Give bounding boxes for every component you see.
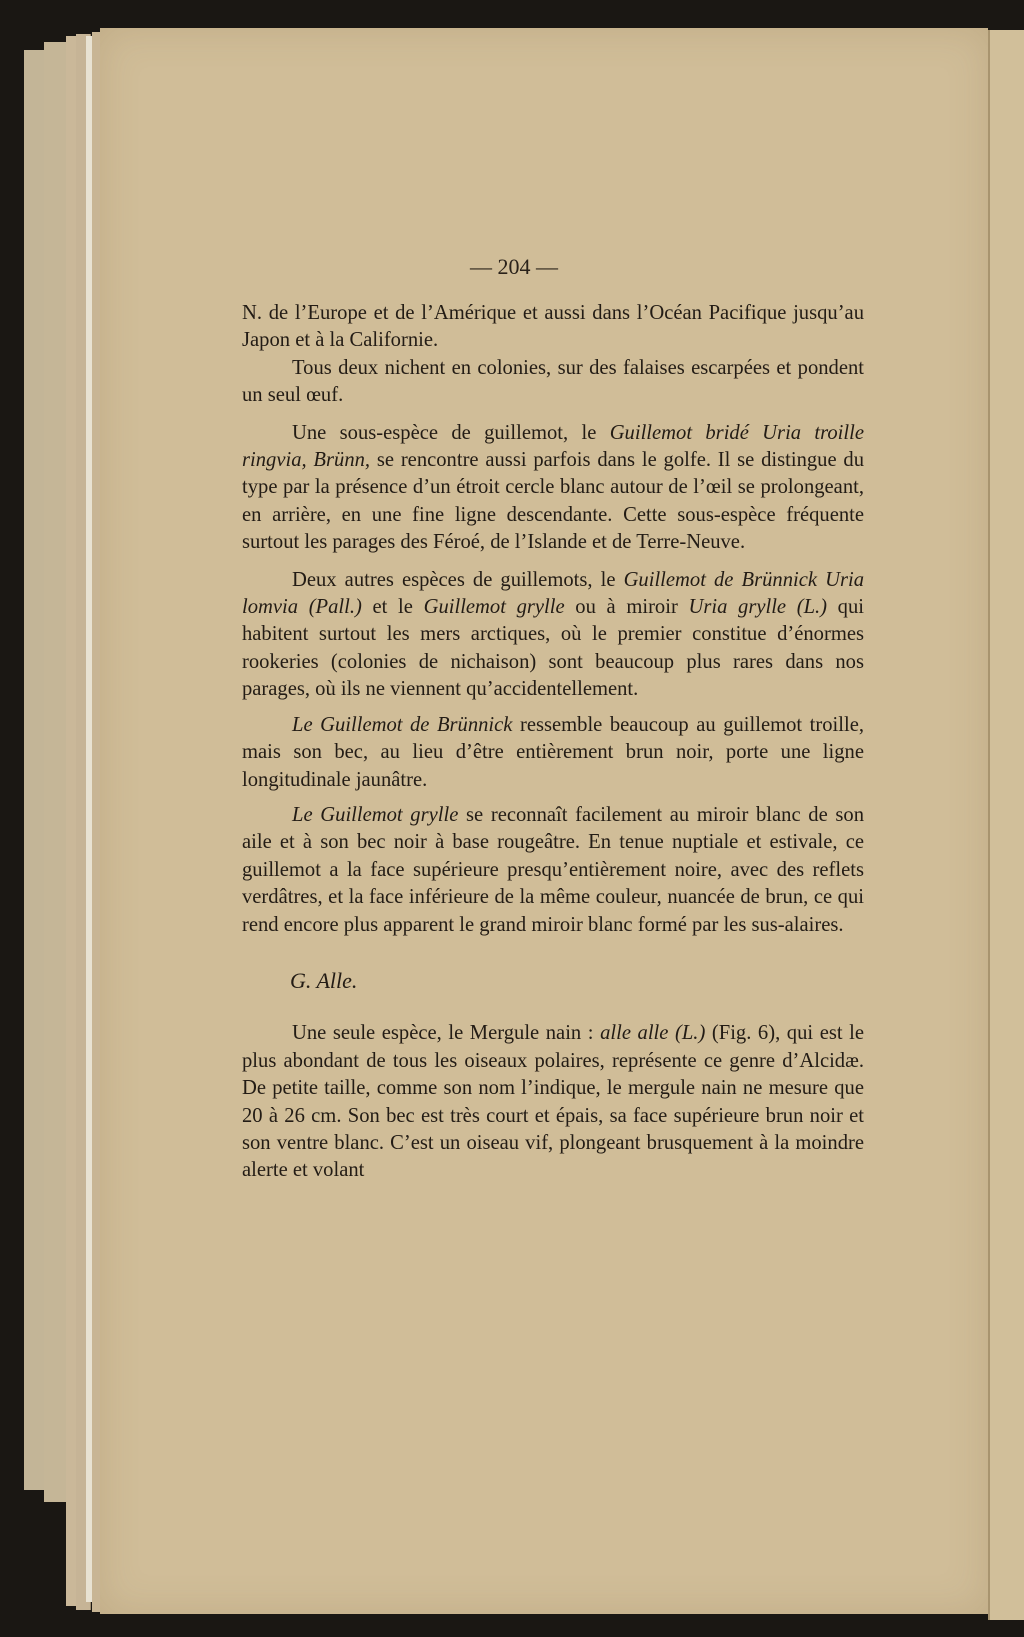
italic-text: alle alle (L.) [600,1022,705,1044]
text-run: ou à miroir [565,596,689,618]
italic-text: Le Guillemot grylle [292,804,458,826]
paragraph: Le Guillemot de Brünnick ressemble beauc… [242,712,864,794]
text-run: et le [362,596,424,618]
text-run: N. de l’Europe et de l’Amérique et aussi… [242,302,864,351]
italic-text: Le Guillemot de Brünnick [292,714,512,736]
page-number: — 204 — [70,254,958,280]
paragraph: Une seule espèce, le Mergule nain : alle… [242,1020,864,1184]
paragraph: Une sous-espèce de guillemot, le Guillem… [242,420,864,557]
text-run: Une sous-espèce de guillemot, le [292,422,610,444]
text-run: Une seule espèce, le Mergule nain : [292,1022,600,1044]
text-run: Tous deux nichent en colonies, sur des f… [242,357,864,406]
paragraph: Deux autres espèces de guillemots, le Gu… [242,567,864,704]
paragraph: Tous deux nichent en colonies, sur des f… [242,355,864,410]
facing-page-edge [988,30,1024,1620]
section-heading: G. Alle. [290,967,864,994]
italic-text: Guillemot grylle [424,596,565,618]
body-text: N. de l’Europe et de l’Amérique et aussi… [242,300,864,1185]
paragraph: Le Guillemot grylle se reconnaît facilem… [242,802,864,939]
text-run: (Fig. 6), qui est le plus abondant de to… [242,1022,864,1181]
paragraph: N. de l’Europe et de l’Amérique et aussi… [242,300,864,355]
book-page: — 204 — N. de l’Europe et de l’Amérique … [100,28,988,1614]
text-run: Deux autres espèces de guillemots, le [292,569,624,591]
italic-text: Uria grylle (L.) [688,596,827,618]
